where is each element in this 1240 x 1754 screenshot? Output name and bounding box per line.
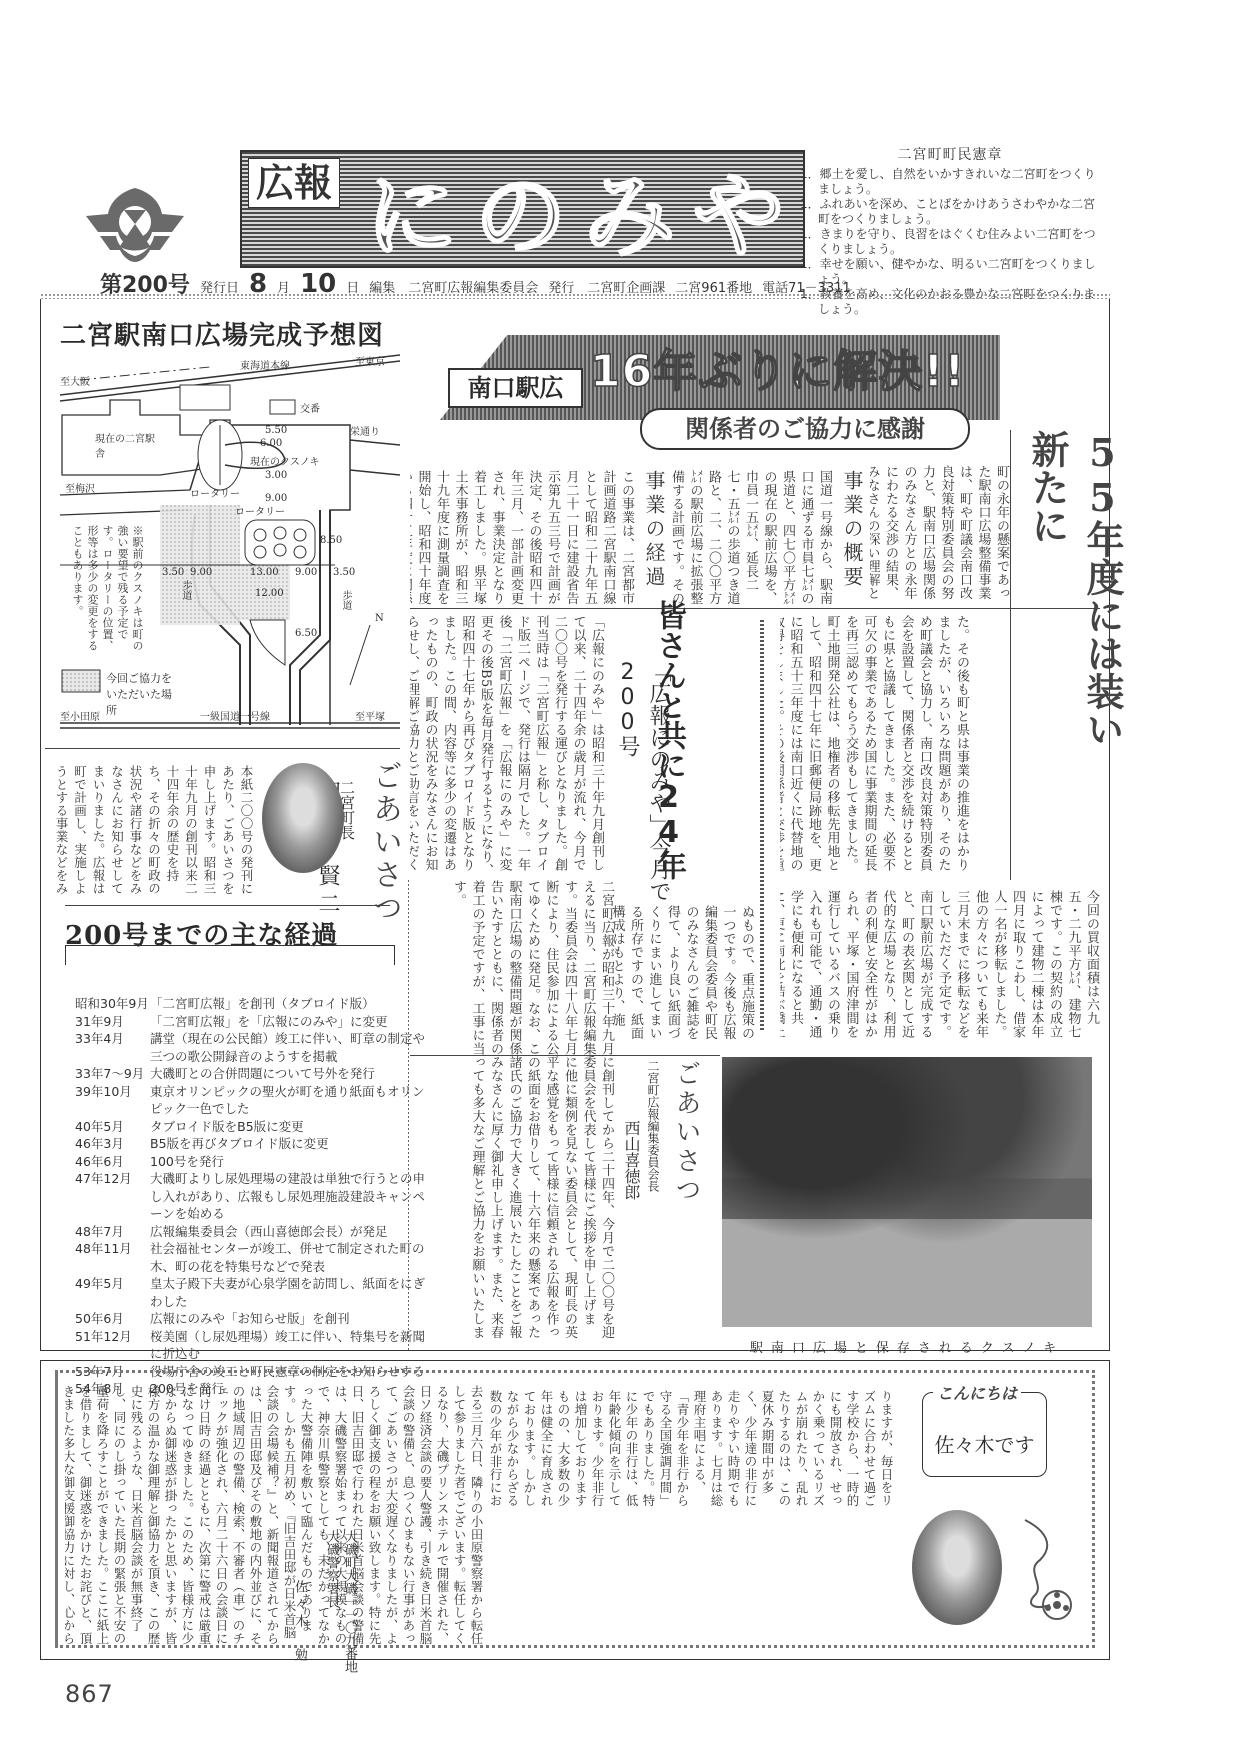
greeting-editor-body: 二宮町広報が昭和三十年九月に創刊してから二十四年、今月で二〇〇号を迎えるに当り、… (415, 880, 615, 1350)
timeline-entry: 31年9月「二宮町広報」を「広報にのみや」に変更 (75, 1013, 435, 1031)
editor-name: 西山喜徳郎 (620, 1120, 643, 1200)
map-legend: 今回ご協力をいただいた場所 (106, 670, 176, 718)
film-reel-icon (1015, 1515, 1075, 1625)
mayor-portrait (262, 763, 344, 873)
town-charter: 二宮町町民憲章 1．郷土を愛し、自然をいかすきれいな二宮町をつくりましょう。 1… (800, 148, 1100, 317)
masthead-title: 広報 に の み や (240, 150, 805, 268)
map-dimension: 5.50 (265, 425, 287, 436)
timeline-date: 40年5月 (75, 1118, 150, 1136)
signature-title: 大磯警察署長 (322, 1530, 341, 1608)
map-label-koban: 交番 (300, 400, 320, 415)
charter-item: 1．郷土を愛し、自然をいかすきれいな二宮町をつくりましょう。 (800, 167, 1100, 197)
title-char: の (474, 143, 566, 275)
greeting-editor-heading: ごあいさつ (668, 1060, 705, 1205)
timeline-date: 48年7月 (75, 1223, 150, 1241)
map-label-hiratsuka: 至平塚 (355, 708, 385, 723)
map-dimension: 9.00 (295, 567, 317, 578)
timeline-date: 49年5月 (75, 1275, 150, 1310)
divider (410, 608, 1100, 609)
timeline-text: 「二宮町広報」を「広報にのみや」に変更 (150, 1013, 388, 1031)
map-label-umezawa: 至梅沢 (65, 480, 95, 495)
timeline-date: 33年4月 (75, 1030, 150, 1065)
timeline-entry: 39年10月東京オリンピックの聖火が町を通り紙面もオリンピック一色でした (75, 1083, 435, 1118)
timeline-entry: 40年5月タブロイド版をB5版に変更 (75, 1118, 435, 1136)
north-arrow-icon: N (375, 613, 384, 624)
article-closing: 今回の買収面積は六九五・二九平方㍍、建物七棟です。この契約の成立によって建物二棟… (780, 890, 1100, 1040)
title-char: や (692, 143, 784, 275)
map-label-odawara: 至小田原 (60, 708, 100, 723)
map-label-tokyo: 至東京 (355, 353, 385, 368)
map-dimension: 3.50 (333, 567, 355, 578)
section-heading-overview: 事業の概要 (838, 470, 867, 590)
masthead-ninomiya: に の み や (357, 158, 793, 260)
divider (1010, 430, 1011, 880)
timeline-entry: 47年12月大磯町よりし尿処理場の建設は単独で行うとの申し入れがあり、広報もし尿… (75, 1170, 435, 1223)
headline-main: 16年ぶりに解決!! (590, 335, 965, 399)
timeline-entry: 昭和30年9月「二宮町広報」を創刊（タブロイド版） (75, 995, 435, 1013)
timeline-text: 大磯町との合併問題について号外を発行 (150, 1065, 375, 1083)
timeline-date: 50年6月 (75, 1310, 150, 1328)
signature-name: 佐々木 勉 (290, 1580, 309, 1665)
timeline-text: 社会福祉センターが竣工、併せて制定された町の木、町の花を特集号などで発表 (150, 1240, 435, 1275)
column-body-top: りますが、毎日をリズムに合わせて過ごす学校から、一時的にも開放され、せっかく乗っ… (490, 1390, 895, 1510)
map-dimension: 6.00 (260, 438, 282, 449)
timeline-entry: 48年11月社会福祉センターが竣工、併せて制定された町の木、町の花を特集号などで… (75, 1240, 435, 1275)
dotted-divider (408, 880, 409, 1350)
feature-closing: ぬもので、重点施策の一つです。今後も広報編集委員会委員や町民のみなさんのご雑誌を… (610, 905, 755, 1050)
map-dimension: 3.50 (162, 567, 184, 578)
timeline-entry: 33年4月講堂（現在の公民館）竣工に伴い、町章の制定や三つの歌公開録音のようすを… (75, 1030, 435, 1065)
timeline-entry: 51年12月桜美園（し尿処理場）竣工に伴い、特集号を新聞に折込む (75, 1328, 435, 1363)
map-label-sidewalk: 歩道 (338, 590, 353, 610)
greeting-mayor-body: 本紙二〇〇号の発刊にあたり、ごあいさつを申し上げます。昭和三十年九月の創刊以来二… (55, 765, 255, 900)
column-badge: こんにちは 佐々木です (922, 1392, 1047, 1477)
town-emblem-icon (80, 180, 190, 270)
map-label-kusunoki: 現在のクスノキ (250, 453, 320, 468)
timeline-entry: 46年6月100号を発行 (75, 1153, 435, 1171)
timeline-text: 100号を発行 (150, 1153, 224, 1171)
timeline-text: B5版を再びタブロイド版に変更 (150, 1135, 329, 1153)
timeline-date: 48年11月 (75, 1240, 150, 1275)
map-dimension: 9.00 (190, 567, 212, 578)
section-heading-history: 事業の経過 (640, 470, 669, 590)
map-dimension: 3.00 (265, 470, 287, 481)
charter-item: 1．幸せを願い、健やかな、明るい二宮町をつくりましょう。 (800, 257, 1100, 287)
map-label-sakae: 栄通り (350, 423, 380, 438)
timeline-entry: 49年5月皇太子殿下夫妻が心泉学園を訪問し、紙面をにぎわした (75, 1275, 435, 1310)
headline-tag: 南口駅広 (448, 368, 583, 408)
map-label-osaka: 至大阪 (60, 373, 90, 388)
timeline-date: 昭和30年9月 (75, 995, 150, 1013)
timeline-date: 46年3月 (75, 1135, 150, 1153)
timeline-text: 講堂（現在の公民館）竣工に伴い、町章の制定や三つの歌公開録音のようすを掲載 (150, 1030, 435, 1065)
timeline-text: 東京オリンピックの聖火が町を通り紙面もオリンピック一色でした (150, 1083, 435, 1118)
page-number: 867 (65, 1680, 114, 1708)
station-plaza-photo (722, 1057, 1092, 1327)
map-label-route1: 一級国道一号線 (200, 708, 270, 723)
timeline-text: 皇太子殿下夫妻が心泉学園を訪問し、紙面をにぎわした (150, 1275, 435, 1310)
article-overview: 国道一号線から、駅南口に通ずる市員七㍍の県道と、四七〇平方㍍の現在の駅前広場を、… (668, 470, 833, 605)
article-intro: 町の永年の懸案であった駅南口広場整備事業は、町や町議会南口改良対策特別委員会の努… (870, 465, 1010, 605)
charter-item: 1．きまりを守り、良習をはぐくむ住みよい二宮町をつくりましょう。 (800, 227, 1100, 257)
editor-title: 二宮町広報編集委員会長 (645, 1060, 662, 1192)
timeline-title-bracket (65, 945, 395, 965)
map-label-rotary: ロータリー (235, 503, 285, 518)
map-note: ※駅前のクスノキは町の強い要望で残る予定です。ロータリーの位置、形等は多少の変更… (70, 525, 145, 655)
timeline-entry: 46年3月B5版を再びタブロイド版に変更 (75, 1135, 435, 1153)
badge-greeting: こんにちは (933, 1381, 1021, 1404)
timeline-text: 桜美園（し尿処理場）竣工に伴い、特集号を新聞に折込む (150, 1328, 435, 1363)
timeline-date: 33年7～9月 (75, 1065, 150, 1083)
title-char: に (365, 143, 457, 275)
timeline-text: 広報編集委員会（西山喜徳郎会長）が発足 (150, 1223, 388, 1241)
side-headline: 55年度には装い新たに (1020, 430, 1130, 760)
timeline-text: 広報にのみや「お知らせ版」を創刊 (150, 1310, 350, 1328)
badge-title: 佐々木です (923, 1429, 1046, 1458)
map-dimension: 9.00 (265, 493, 287, 504)
divider (65, 905, 390, 906)
column-body-main: 去る三月六日、隣りの小田原警察署から転任して参りました者でございます。転任してく… (65, 1385, 485, 1650)
divider (45, 748, 400, 749)
timeline-entry: 50年6月広報にのみや「お知らせ版」を創刊 (75, 1310, 435, 1328)
timeline-date: 47年12月 (75, 1170, 150, 1223)
timeline-entry: 48年7月広報編集委員会（西山喜徳郎会長）が発足 (75, 1223, 435, 1241)
timeline-entry: 33年7～9月大磯町との合併問題について号外を発行 (75, 1065, 435, 1083)
map-label-sidewalk: 歩道 (178, 580, 193, 600)
map-label-station: 現在の二宮駅舎 (95, 430, 155, 460)
timeline-text: 大磯町よりし尿処理場の建設は単独で行うとの申し入れがあり、広報もし尿処理施設建設… (150, 1170, 435, 1223)
timeline-date: 51年12月 (75, 1328, 150, 1363)
photo-caption: 駅南口広場と保存されるクスノキ (722, 1337, 1092, 1356)
greeting-mayor-heading: ごあいさつ (362, 760, 406, 925)
chief-portrait (912, 1510, 1002, 1625)
timeline-date: 39年10月 (75, 1083, 150, 1118)
timeline-text: 「二宮町広報」を創刊（タブロイド版） (150, 995, 375, 1013)
charter-title: 二宮町町民憲章 (800, 148, 1100, 163)
map-dimension: 6.50 (295, 628, 317, 639)
map-dimension: 12.00 (255, 588, 284, 599)
headline-sub: 関係者のご協力に感謝 (640, 408, 970, 450)
timeline-date: 46年6月 (75, 1153, 150, 1171)
masthead-koho-label: 広報 (248, 158, 340, 208)
article-history: この事業は、二宮都市計画道路二宮駅南口線として昭和二十九年五月二十一日に建設省告… (410, 470, 635, 605)
map-label-tokaido: 東海道本線 (240, 357, 290, 372)
timeline-list: 昭和30年9月「二宮町広報」を創刊（タブロイド版） 31年9月「二宮町広報」を「… (75, 995, 435, 1398)
station-plaza-map: 至大阪 至東京 東海道本線 交番 現在の二宮駅舎 栄通り 至梅沢 現在のクスノキ… (50, 345, 400, 735)
wavy-divider (760, 620, 764, 1030)
signature-address: 大磯町大磯一一〇九番地 (340, 1530, 359, 1673)
timeline-text: タブロイド版をB5版に変更 (150, 1118, 304, 1136)
title-char: み (583, 143, 675, 275)
map-dimension: 13.00 (250, 567, 279, 578)
map-label-rotary: ロータリー (190, 485, 240, 500)
timeline-date: 31年9月 (75, 1013, 150, 1031)
map-dimension: 8.50 (320, 535, 342, 546)
feature-body: 「広報にのみや」は昭和三十年九月創刊して以来、二十四年余の歳月が流れ、今月で二〇… (410, 615, 605, 880)
charter-item: 1．ふれあいを深め、ことばをかけあうさわやかな二宮町をつくりましょう。 (800, 197, 1100, 227)
article-continued: た。その後も町と県は事業の推進をはかりましたが、いろいろな問題があり、そのため町… (780, 615, 970, 880)
